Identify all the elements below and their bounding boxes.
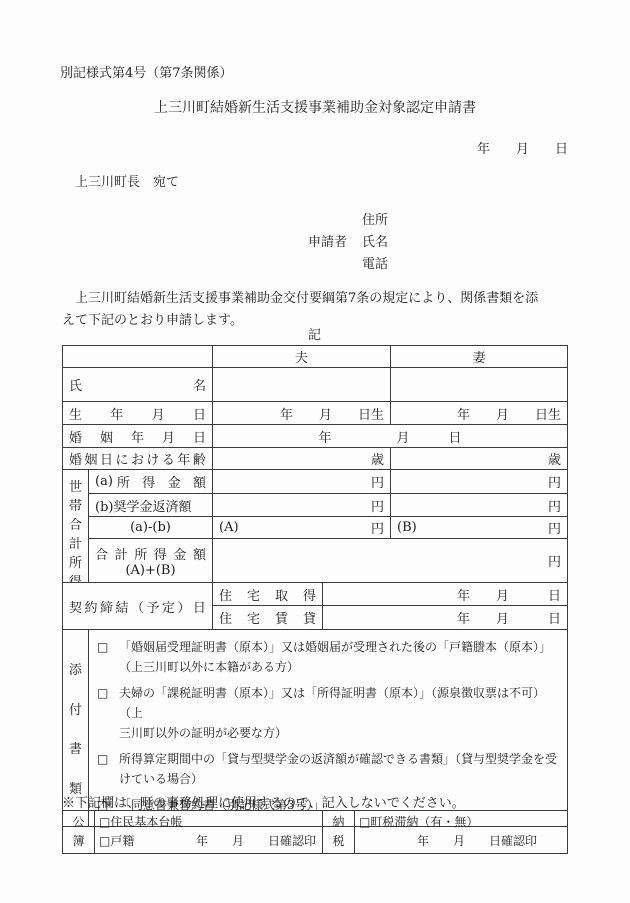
family-register-line: □戸籍 年 月 日確認印: [99, 832, 318, 851]
admin-row: 公簿 □住民基本台帳 □戸籍 年 月 日確認印 納税 □町税滞納（有・無） 年 …: [63, 811, 568, 854]
public-register-label-cell: 公簿: [63, 811, 95, 854]
applicant-name-row: 申請者 氏名: [308, 232, 388, 254]
tax-delinquency-checkbox-line: □町税滞納（有・無）: [359, 813, 563, 832]
wife-birth-cell: 年 月 日生: [391, 402, 568, 425]
husband-name-input-cell: [213, 368, 391, 402]
birth-label-cell: 生年月日: [63, 402, 213, 425]
income-b-row: (b)奨学金返済額 円 円: [63, 494, 568, 516]
income-total-label-cell: 合計所得金額 (A)+(B): [89, 539, 213, 583]
marriage-date-row: 婚姻年月日 年 月 日: [63, 425, 568, 448]
name-label-cell: 氏名: [63, 368, 213, 402]
checkbox-icon: □: [97, 683, 119, 743]
tax-date-stamp: 年 月 日確認印: [359, 832, 563, 851]
contract-rental-date-cell: 年 月 日: [323, 606, 568, 630]
income-total-label2: (A)+(B): [95, 563, 206, 578]
marriage-label-cell: 婚姻年月日: [63, 425, 213, 448]
applicant-phone-row: 電話: [308, 254, 388, 276]
income-a-row: 世帯合計所得 (a) 所得金額 円 円: [63, 470, 568, 494]
date-line: 年 月 日: [477, 138, 568, 157]
page-title: 上三川町結婚新生活支援事業補助金対象認定申請書: [0, 97, 630, 117]
wife-income-diff-cell: (B) 円: [391, 516, 568, 538]
tax-cell: □町税滞納（有・無） 年 月 日確認印: [355, 811, 568, 854]
birth-row: 生年月日 年 月 日生 年 月 日生: [63, 402, 568, 425]
applicant-address-row: 住所: [308, 210, 388, 232]
form-number: 別記様式第4号（第7条関係）: [60, 62, 233, 81]
income-total-value-cell: 円: [213, 539, 568, 583]
main-table: 夫 妻 氏名 生年月日 年 月 日生 年 月 日生 婚姻年月日 年 月 日: [62, 345, 568, 827]
admin-table: 公簿 □住民基本台帳 □戸籍 年 月 日確認印 納税 □町税滞納（有・無） 年 …: [62, 810, 568, 854]
public-register-cell: □住民基本台帳 □戸籍 年 月 日確認印: [95, 811, 323, 854]
contract-rental-label: 住宅賃貸: [219, 608, 316, 627]
husband-birth-cell: 年 月 日生: [213, 402, 391, 425]
age-label-cell: 婚姻日における年齢: [63, 448, 213, 470]
public-register-label: 公簿: [67, 813, 90, 851]
checkbox-icon: □: [97, 637, 119, 677]
contract-label-cell: 契約締結（予定）日: [63, 583, 213, 630]
attachment-text: 「婚姻届受理証明書（原本）」又は婚姻届が受理された後の「戸籍謄本（原本）」 （上…: [119, 637, 559, 677]
income-a-prefix: (a): [95, 474, 113, 489]
income-a-label-cell: (a) 所得金額: [89, 470, 213, 494]
husband-income-a-cell: 円: [213, 470, 391, 494]
wife-diff-unit: 円: [548, 518, 561, 537]
contract-label: 契約締結（予定）日: [69, 597, 206, 616]
corner-cell: [63, 346, 213, 368]
application-form-page: 別記様式第4号（第7条関係） 上三川町結婚新生活支援事業補助金対象認定申請書 年…: [0, 0, 630, 903]
income-total-row: 合計所得金額 (A)+(B) 円: [63, 539, 568, 583]
husband-header: 夫: [213, 346, 391, 368]
wife-header: 妻: [391, 346, 568, 368]
contract-rental-label-cell: 住宅賃貸: [213, 606, 323, 630]
checkbox-icon: □: [97, 749, 119, 789]
attachment-text: 所得算定期間中の「貸与型奨学金の返済額が確認できる書類」（貸与型奨学金を受 けて…: [119, 749, 559, 789]
record-heading: 記: [62, 324, 567, 343]
tax-label-cell: 納税: [323, 811, 355, 854]
income-total-label: 合計所得金額: [95, 544, 206, 563]
resident-register-checkbox-line: □住民基本台帳: [99, 813, 318, 832]
name-row: 氏名: [63, 368, 568, 402]
family-register-checkbox-label: □戸籍: [99, 832, 134, 851]
wife-age-cell: 歳: [391, 448, 568, 470]
wife-diff-tag: (B): [397, 520, 417, 535]
wife-income-b-cell: 円: [391, 494, 568, 516]
husband-age-cell: 歳: [213, 448, 391, 470]
husband-diff-tag: (A): [219, 520, 239, 535]
contract-purchase-label: 住宅取得: [219, 585, 316, 604]
marriage-date-cell: 年 月 日: [213, 425, 568, 448]
marriage-label: 婚姻年月日: [69, 427, 206, 446]
husband-diff-unit: 円: [371, 518, 384, 537]
addressee: 上三川町長 宛て: [75, 171, 179, 190]
applicant-label-spacer: [308, 210, 362, 232]
contract-purchase-label-cell: 住宅取得: [213, 583, 323, 606]
age-row: 婚姻日における年齢 歳 歳: [63, 448, 568, 470]
name-label: 氏名: [69, 375, 206, 394]
income-group-label-cell: 世帯合計所得: [63, 470, 89, 583]
contract-purchase-date-cell: 年 月 日: [323, 583, 568, 606]
header-row: 夫 妻: [63, 346, 568, 368]
applicant-block: 住所 申請者 氏名 電話: [308, 210, 388, 276]
husband-income-b-cell: 円: [213, 494, 391, 516]
age-label: 婚姻日における年齢: [69, 449, 206, 468]
income-diff-label-cell: (a)-(b): [89, 516, 213, 538]
applicant-label-spacer: [308, 254, 362, 276]
wife-income-a-cell: 円: [391, 470, 568, 494]
tax-label: 納税: [327, 813, 350, 851]
income-diff-row: (a)-(b) (A) 円 (B) 円: [63, 516, 568, 538]
attachment-text: 夫婦の「課税証明書（原本）」又は「所得証明書（原本）」（源泉徴収票は不可）（上 …: [119, 683, 559, 743]
admin-note: ※下記欄は、町の事務処理に使用するので、記入しないでください。: [62, 792, 465, 811]
birth-label: 生年月日: [69, 404, 206, 423]
income-a-label: 所得金額: [117, 472, 206, 491]
name-label: 氏名: [362, 232, 388, 254]
address-label: 住所: [362, 210, 388, 232]
attachments-group-label: 添付書類: [63, 659, 88, 797]
attachment-item: □ 所得算定期間中の「貸与型奨学金の返済額が確認できる書類」（貸与型奨学金を受 …: [97, 749, 559, 789]
attachment-item: □ 夫婦の「課税証明書（原本）」又は「所得証明書（原本）」（源泉徴収票は不可）（…: [97, 683, 559, 743]
wife-name-input-cell: [391, 368, 568, 402]
phone-label: 電話: [362, 254, 388, 276]
husband-income-diff-cell: (A) 円: [213, 516, 391, 538]
income-b-label-cell: (b)奨学金返済額: [89, 494, 213, 516]
family-register-date-stamp: 年 月 日確認印: [196, 832, 316, 851]
attachment-item: □ 「婚姻届受理証明書（原本）」又は婚姻届が受理された後の「戸籍謄本（原本）」 …: [97, 637, 559, 677]
contract-purchase-row: 契約締結（予定）日 住宅取得 年 月 日: [63, 583, 568, 606]
applicant-label: 申請者: [308, 232, 362, 254]
income-group-label: 世帯合計所得: [63, 476, 88, 576]
